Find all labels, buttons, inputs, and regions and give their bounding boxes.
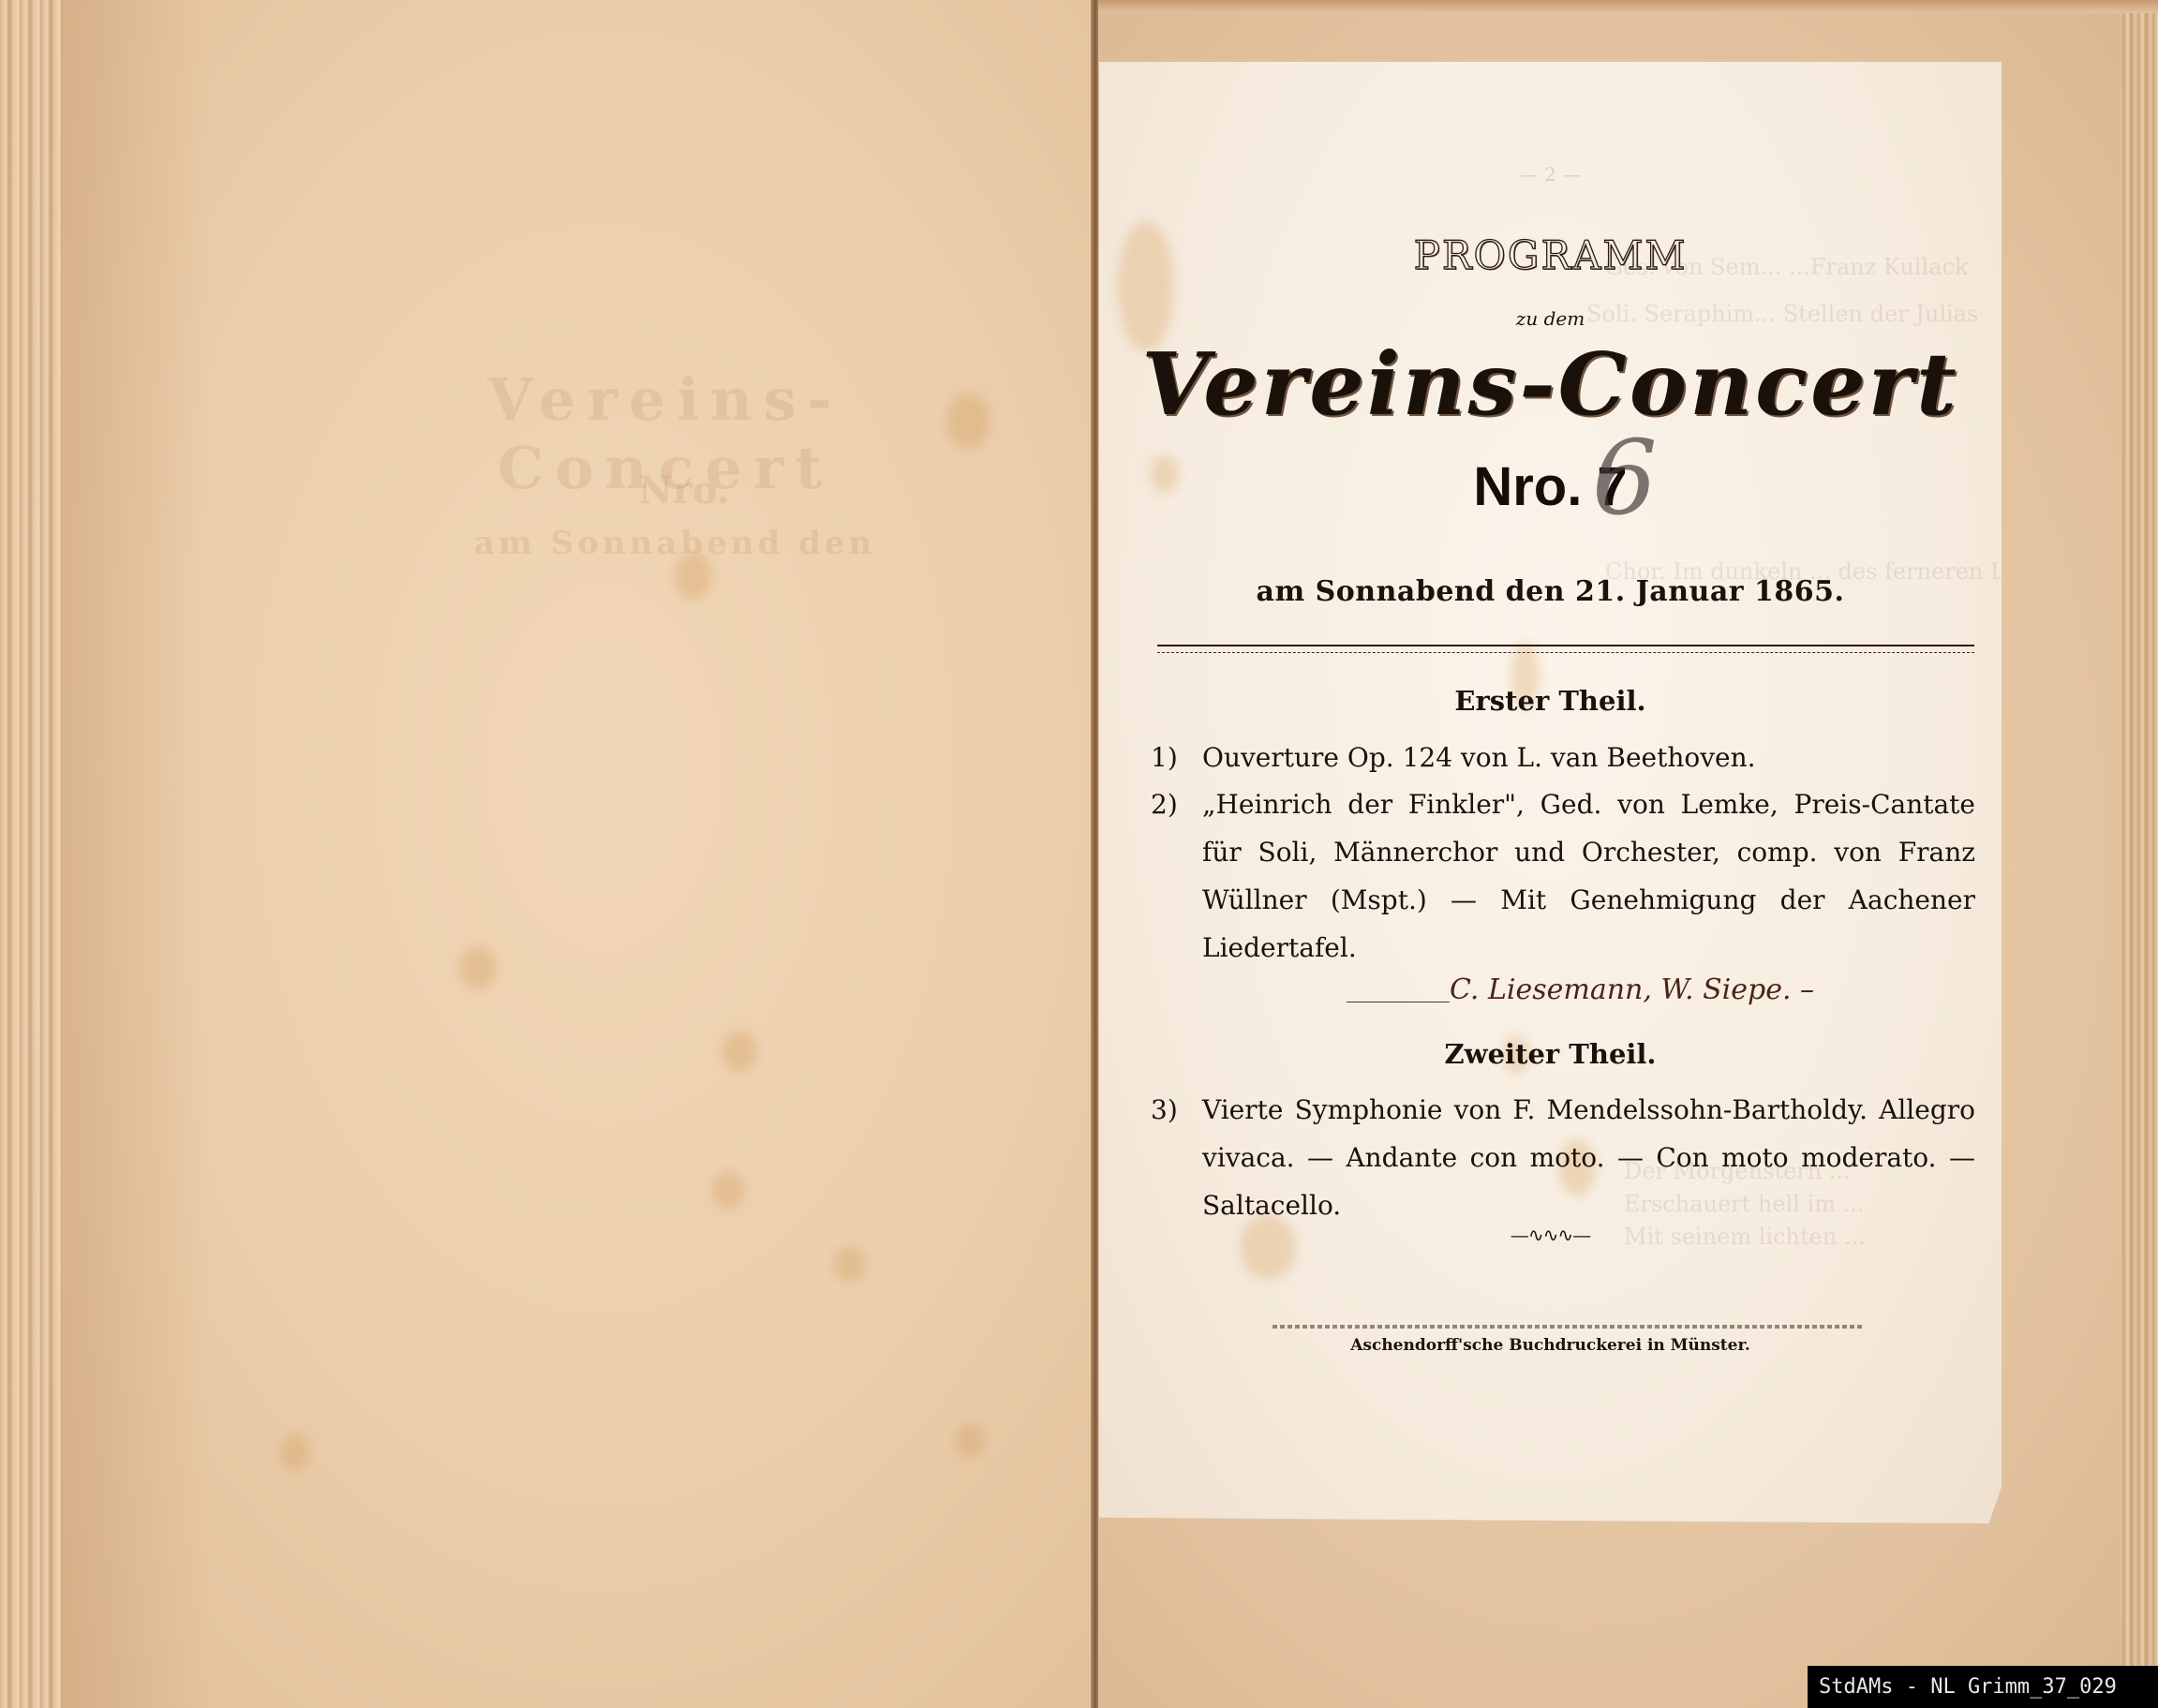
subtitle-zu-dem: zu dem	[1099, 307, 2002, 330]
item-number: 2)	[1151, 780, 1198, 828]
programme-item: 2) „Heinrich der Finkler", Ged. von Lemk…	[1151, 780, 1975, 972]
bleed-page-number: — 2 —	[1099, 163, 2002, 186]
ornament-divider: —∿∿∿—	[1099, 1224, 2002, 1246]
left-page: Vereins-Concert Nro. am Sonnabend den	[0, 0, 1098, 1708]
foxing-stain	[722, 1031, 757, 1072]
page-edges-right	[2121, 0, 2158, 1708]
foxing-stain	[459, 946, 497, 989]
concert-date: am Sonnabend den 21. Januar 1865.	[1099, 575, 2002, 608]
concert-number: Nro. 7 6	[1099, 455, 2002, 518]
item-text: Vierte Symphonie von F. Mendelssohn-Bart…	[1202, 1086, 1975, 1229]
item-text: Ouverture Op. 124 von L. van Beethoven.	[1202, 734, 1975, 781]
programme-title: PROGRAMM	[1099, 232, 2002, 278]
foxing-stain	[946, 394, 990, 450]
foxing-stain	[956, 1424, 984, 1458]
item-text: „Heinrich der Finkler", Ged. von Lemke, …	[1202, 780, 1975, 972]
foxing-stain	[675, 553, 712, 600]
concert-title: Vereins-Concert	[1099, 334, 2002, 435]
page-edges-left	[0, 0, 62, 1708]
printed-underline	[1347, 1002, 1450, 1003]
concert-programme-sheet: Ges. von Sem... ...Franz Kullack Soli. S…	[1099, 62, 2002, 1523]
item-number: 3)	[1151, 1086, 1198, 1134]
wavy-rule	[1272, 1325, 1863, 1329]
double-rule-divider	[1157, 645, 1974, 653]
heading-part-one: Erster Theil.	[1099, 685, 2002, 717]
book-spread: Vereins-Concert Nro. am Sonnabend den Ge…	[0, 0, 2158, 1708]
foxing-stain	[281, 1433, 309, 1471]
archive-signature-label: StdAMs - NL Grimm_37_029	[1808, 1666, 2158, 1708]
foxing-stain	[834, 1246, 866, 1282]
bleed-through-date: am Sonnabend den	[394, 525, 956, 562]
programme-item: 3) Vierte Symphonie von F. Mendelssohn-B…	[1151, 1086, 1975, 1229]
foxing-stain	[712, 1171, 744, 1209]
printer-imprint: Aschendorff'sche Buchdruckerei in Münste…	[1099, 1336, 2002, 1355]
programme-item: 1) Ouverture Op. 124 von L. van Beethove…	[1151, 734, 1975, 781]
handwritten-number-correction: 6	[1592, 418, 1658, 538]
page-shadow	[62, 0, 212, 1708]
bleed-through-number: Nro.	[525, 468, 843, 512]
item-number: 1)	[1151, 734, 1198, 781]
heading-part-two: Zweiter Theil.	[1099, 1038, 2002, 1070]
handwritten-annotation: C. Liesemann, W. Siepe. –	[1347, 979, 1871, 1035]
page-top-edge	[1098, 0, 2158, 13]
handwritten-names: C. Liesemann, W. Siepe. –	[1450, 973, 1814, 1006]
